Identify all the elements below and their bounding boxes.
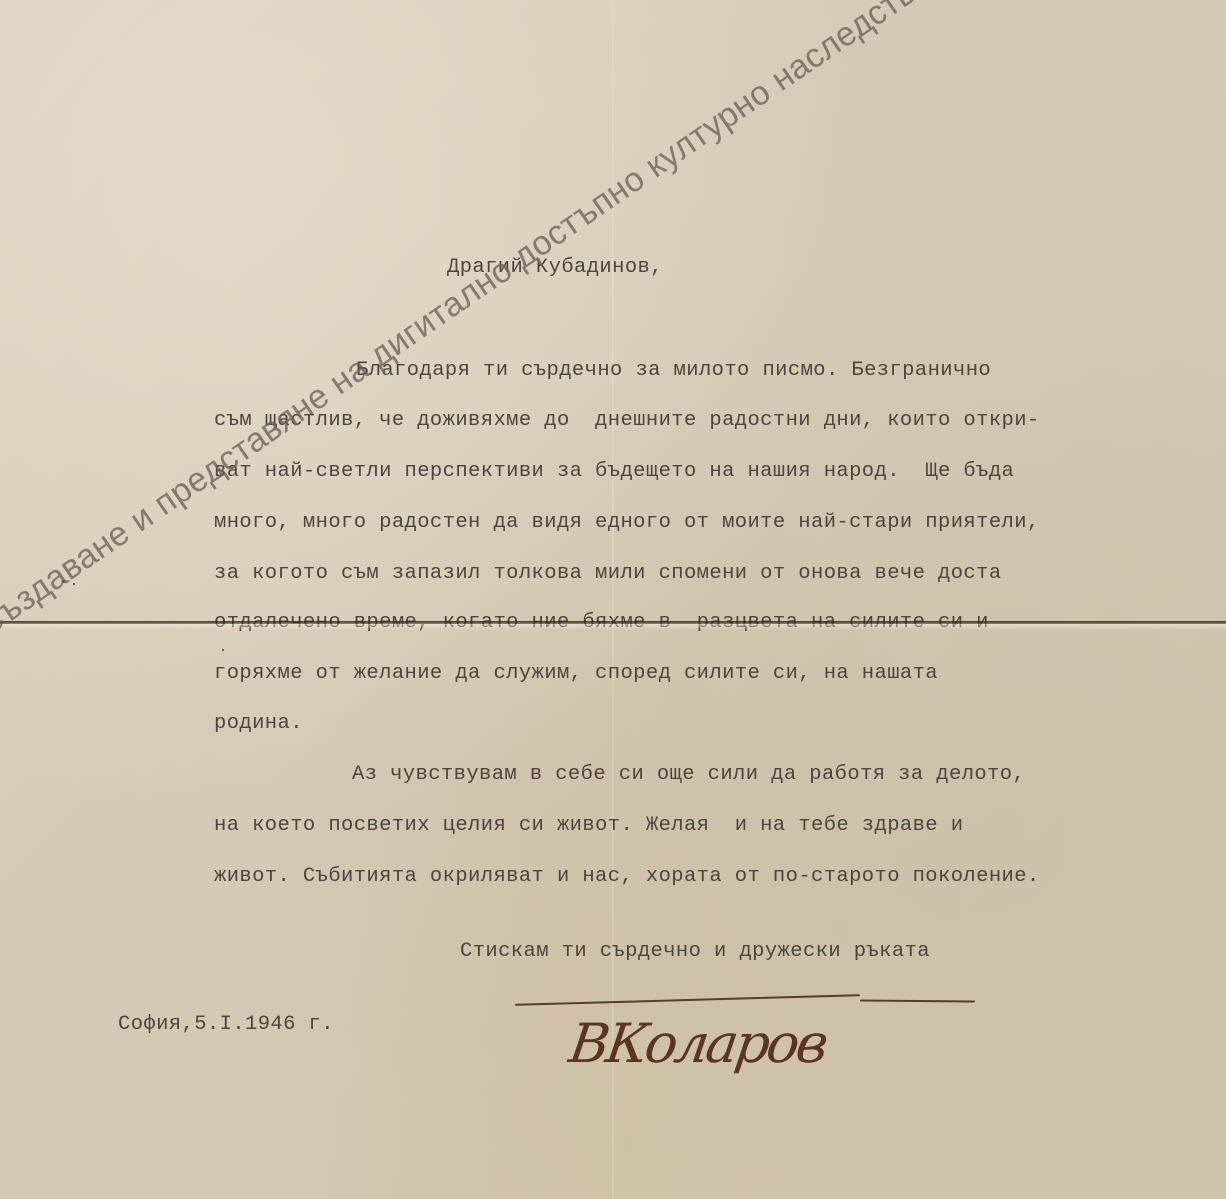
paragraph-1-line-5: за когото съм запазил толкова мили споме… bbox=[214, 564, 1002, 585]
place-and-date: София,5.I.1946 г. bbox=[118, 1015, 334, 1036]
paragraph-1-line-3: ват най-светли перспективи за бъдещето н… bbox=[214, 462, 1014, 483]
paragraph-1-line-1: Благодаря ти сърдечно за милото писмо. Б… bbox=[356, 361, 991, 382]
paragraph-1-line-4: много, много радостен да видя едного от … bbox=[214, 513, 1040, 534]
ink-speck bbox=[222, 649, 224, 651]
letter-page: Драгий Кубадинов, Благодаря ти сърдечно … bbox=[0, 0, 1226, 1199]
paragraph-1-line-8: родина. bbox=[214, 714, 303, 735]
signature-underline-upper bbox=[515, 994, 860, 1006]
horizontal-fold-crease bbox=[0, 621, 1226, 624]
signature-underline-tail bbox=[860, 999, 975, 1002]
paragraph-2-line-3: живот. Събитията окриляват и нас, хората… bbox=[214, 867, 1040, 888]
closing-line: Стискам ти сърдечно и дружески ръката bbox=[460, 942, 930, 963]
archive-watermark: „Създаване и представяне на дигитално до… bbox=[0, 0, 1123, 652]
paragraph-1-line-7: горяхме от желание да служим, според сил… bbox=[214, 664, 938, 685]
paragraph-1-line-2: съм щастлив, че доживяхме до днешните ра… bbox=[214, 411, 1040, 432]
paragraph-2-line-2: на което посветих целия си живот. Желая … bbox=[214, 816, 963, 837]
handwritten-signature: ВКоларов bbox=[566, 1012, 830, 1075]
horizontal-fold-highlight bbox=[0, 624, 1226, 630]
paragraph-2-line-1: Аз чувствувам в себе си още сили да рабо… bbox=[352, 765, 1025, 786]
